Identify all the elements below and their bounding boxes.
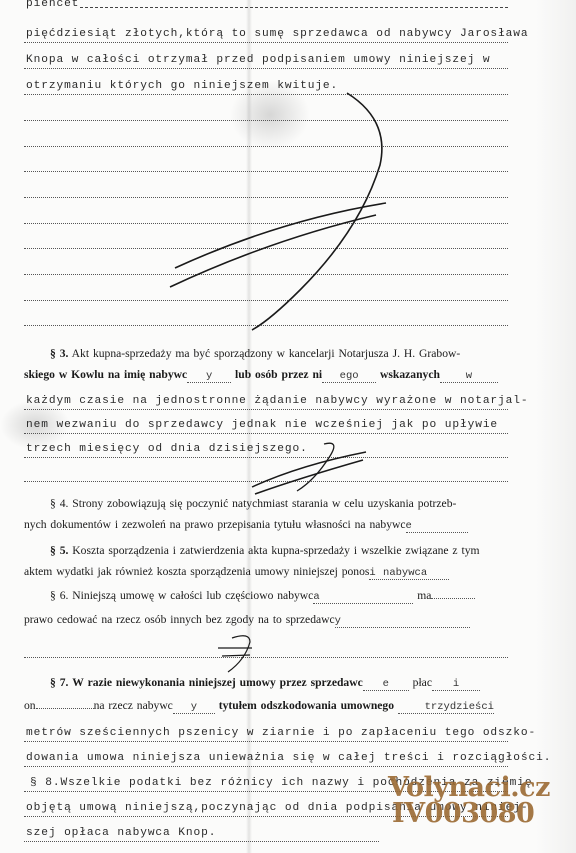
printed-text: nych dokumentów i zezwoleń na prawo prze…: [24, 518, 468, 533]
cancel-stroke: [170, 215, 376, 287]
para6-line-2: prawo cedować na rzecz osób innych bez z…: [24, 608, 508, 630]
printed-text: wskazanych: [380, 368, 440, 381]
para8-typed-3: szej opłaca nabywca Knop.: [24, 819, 379, 842]
printed-text: § 7. W razie niewykonania niniejszej umo…: [50, 676, 480, 691]
typed-text: pięćdziesiąt złotych,którą to sumę sprze…: [26, 28, 529, 40]
document-page: pieńcet pięćdziesiąt złotych,którą to su…: [0, 0, 576, 853]
ruled-line: [24, 171, 508, 172]
cancel-stroke: [175, 203, 386, 268]
printed-text: lub osób przez ni: [235, 368, 322, 381]
printed-text: § 6. Niniejszą umowę w całości lub częśc…: [50, 589, 475, 604]
typed-text: metrów sześciennych pszenicy w ziarnie i…: [26, 727, 536, 739]
fill-field: y: [173, 701, 215, 714]
printed-text: § 3. Akt kupna-sprzedaży ma być sporządz…: [50, 347, 460, 360]
printed-text: ma: [417, 589, 431, 602]
typed-text: otrzymaniu których go niniejszem kwituje…: [26, 80, 338, 92]
paper-edge: [536, 0, 576, 853]
ruled-line: [24, 120, 508, 121]
printed-text: prawo cedować na rzecz osób innych bez z…: [24, 613, 335, 626]
fill-field: trzydzieści: [398, 701, 494, 714]
fill-field: [36, 708, 94, 709]
para3-line-2: skiego w Kowlu na imię nabywcy lub osób …: [24, 363, 508, 385]
typed-text: dowania umowa niniejsza unieważnia się w…: [26, 752, 551, 764]
para4-line-1: § 4. Strony zobowiązują się poczynić nat…: [24, 490, 508, 512]
printed-text: na rzecz nabywc: [94, 699, 173, 712]
printed-text: Niniejszą umowę w całości lub częściowo …: [72, 589, 313, 602]
ruled-line: [24, 197, 508, 198]
para7-typed-1: metrów sześciennych pszenicy w ziarnie i…: [24, 719, 508, 742]
typed-text: szej opłaca nabywca Knop.: [26, 827, 216, 839]
para3-line-1: § 3. Akt kupna-sprzedaży ma być sporządz…: [24, 340, 508, 362]
printed-text: W razie niewykonania niniejszej umowy pr…: [72, 676, 362, 689]
fill-field: w: [440, 370, 498, 383]
printed-text: Akt kupna-sprzedaży ma być sporządzony w…: [72, 347, 461, 360]
para4-line-2: nych dokumentów i zezwoleń na prawo prze…: [24, 513, 508, 535]
para3-typed-2: nem wezwaniu do sprzedawcy jednak nie wc…: [24, 411, 508, 434]
printed-text: Strony zobowiązują się poczynić natychmi…: [72, 497, 456, 510]
printed-text: Koszta sporządzenia i zatwierdzenia akta…: [72, 544, 479, 557]
watermark-id: IV003080: [392, 798, 534, 829]
fill-field: y: [335, 615, 470, 628]
para5-line-2: aktem wydatki jak również koszta sporząd…: [24, 560, 508, 582]
continuation-line-2: Knopa w całości otrzymał przed podpisani…: [24, 46, 508, 69]
paragraph-number: § 7.: [50, 676, 68, 689]
para3-typed-1: każdym czasie na jednostronne żądanie na…: [24, 387, 508, 410]
printed-text: płac: [413, 676, 432, 689]
para3-typed-3: trzech miesięcy od dnia dzisiejszego.: [24, 435, 508, 458]
printed-text: prawo cedować na rzecz osób innych bez z…: [24, 613, 470, 628]
ruled-line: [24, 481, 508, 482]
printed-text: aktem wydatki jak również koszta sporząd…: [24, 565, 369, 578]
fill-field: a: [313, 591, 413, 604]
printed-text: aktem wydatki jak również koszta sporząd…: [24, 565, 449, 580]
printed-text: on: [24, 699, 36, 712]
printed-text: skiego w Kowlu na imię nabywcy lub osób …: [24, 368, 498, 383]
ruled-line: [24, 274, 508, 275]
ruled-line: [24, 300, 508, 301]
continuation-line-3: otrzymaniu których go niniejszem kwituje…: [24, 72, 508, 95]
para7-line-2: onna rzecz nabywcy tytułem odszkodowania…: [24, 694, 508, 716]
paragraph-number: § 3.: [50, 347, 68, 360]
printed-text: onna rzecz nabywcy tytułem odszkodowania…: [24, 699, 494, 714]
typed-text: każdym czasie na jednostronne żądanie na…: [26, 395, 529, 407]
fill-field: e: [406, 520, 468, 533]
para5-line-1: § 5. Koszta sporządzenia i zatwierdzenia…: [24, 537, 508, 559]
fill-field: ego: [322, 370, 376, 383]
paragraph-number: § 6.: [50, 589, 68, 602]
fill-field: i nabywca: [369, 567, 449, 580]
ruled-line: [24, 657, 508, 658]
fill-field: i: [432, 678, 480, 691]
typed-text: trzech miesięcy od dnia dzisiejszego.: [26, 443, 308, 455]
para7-typed-2: dowania umowa niniejsza unieważnia się w…: [24, 744, 508, 767]
printed-text: nych dokumentów i zezwoleń na prawo prze…: [24, 518, 406, 531]
fill-field: [431, 598, 475, 599]
printed-text: § 4. Strony zobowiązują się poczynić nat…: [50, 497, 456, 510]
printed-text: skiego w Kowlu na imię nabywc: [24, 368, 187, 381]
typed-text: Knopa w całości otrzymał przed podpisani…: [26, 54, 490, 66]
ruled-line: [24, 325, 508, 326]
continuation-line-1: pięćdziesiąt złotych,którą to sumę sprze…: [24, 20, 508, 43]
dash-filler: [80, 7, 508, 8]
ruled-line: [24, 223, 508, 224]
para7-line-1: § 7. W razie niewykonania niniejszej umo…: [24, 671, 508, 693]
para6-line-1: § 6. Niniejszą umowę w całości lub częśc…: [24, 584, 508, 606]
printed-text: § 5. Koszta sporządzenia i zatwierdzenia…: [50, 544, 480, 557]
ruled-line: [24, 248, 508, 249]
paragraph-number: § 5.: [50, 544, 68, 557]
cancel-stroke: [255, 460, 363, 494]
typed-text: pieńcet: [26, 0, 79, 10]
printed-text: tytułem odszkodowania umownego: [219, 699, 394, 712]
paragraph-number: § 4.: [50, 497, 68, 510]
continuation-line-0: pieńcet: [24, 0, 508, 12]
fill-field: y: [187, 370, 231, 383]
fill-field: e: [363, 678, 409, 691]
ruled-line: [24, 146, 508, 147]
typed-text: nem wezwaniu do sprzedawcy jednak nie wc…: [26, 419, 498, 431]
